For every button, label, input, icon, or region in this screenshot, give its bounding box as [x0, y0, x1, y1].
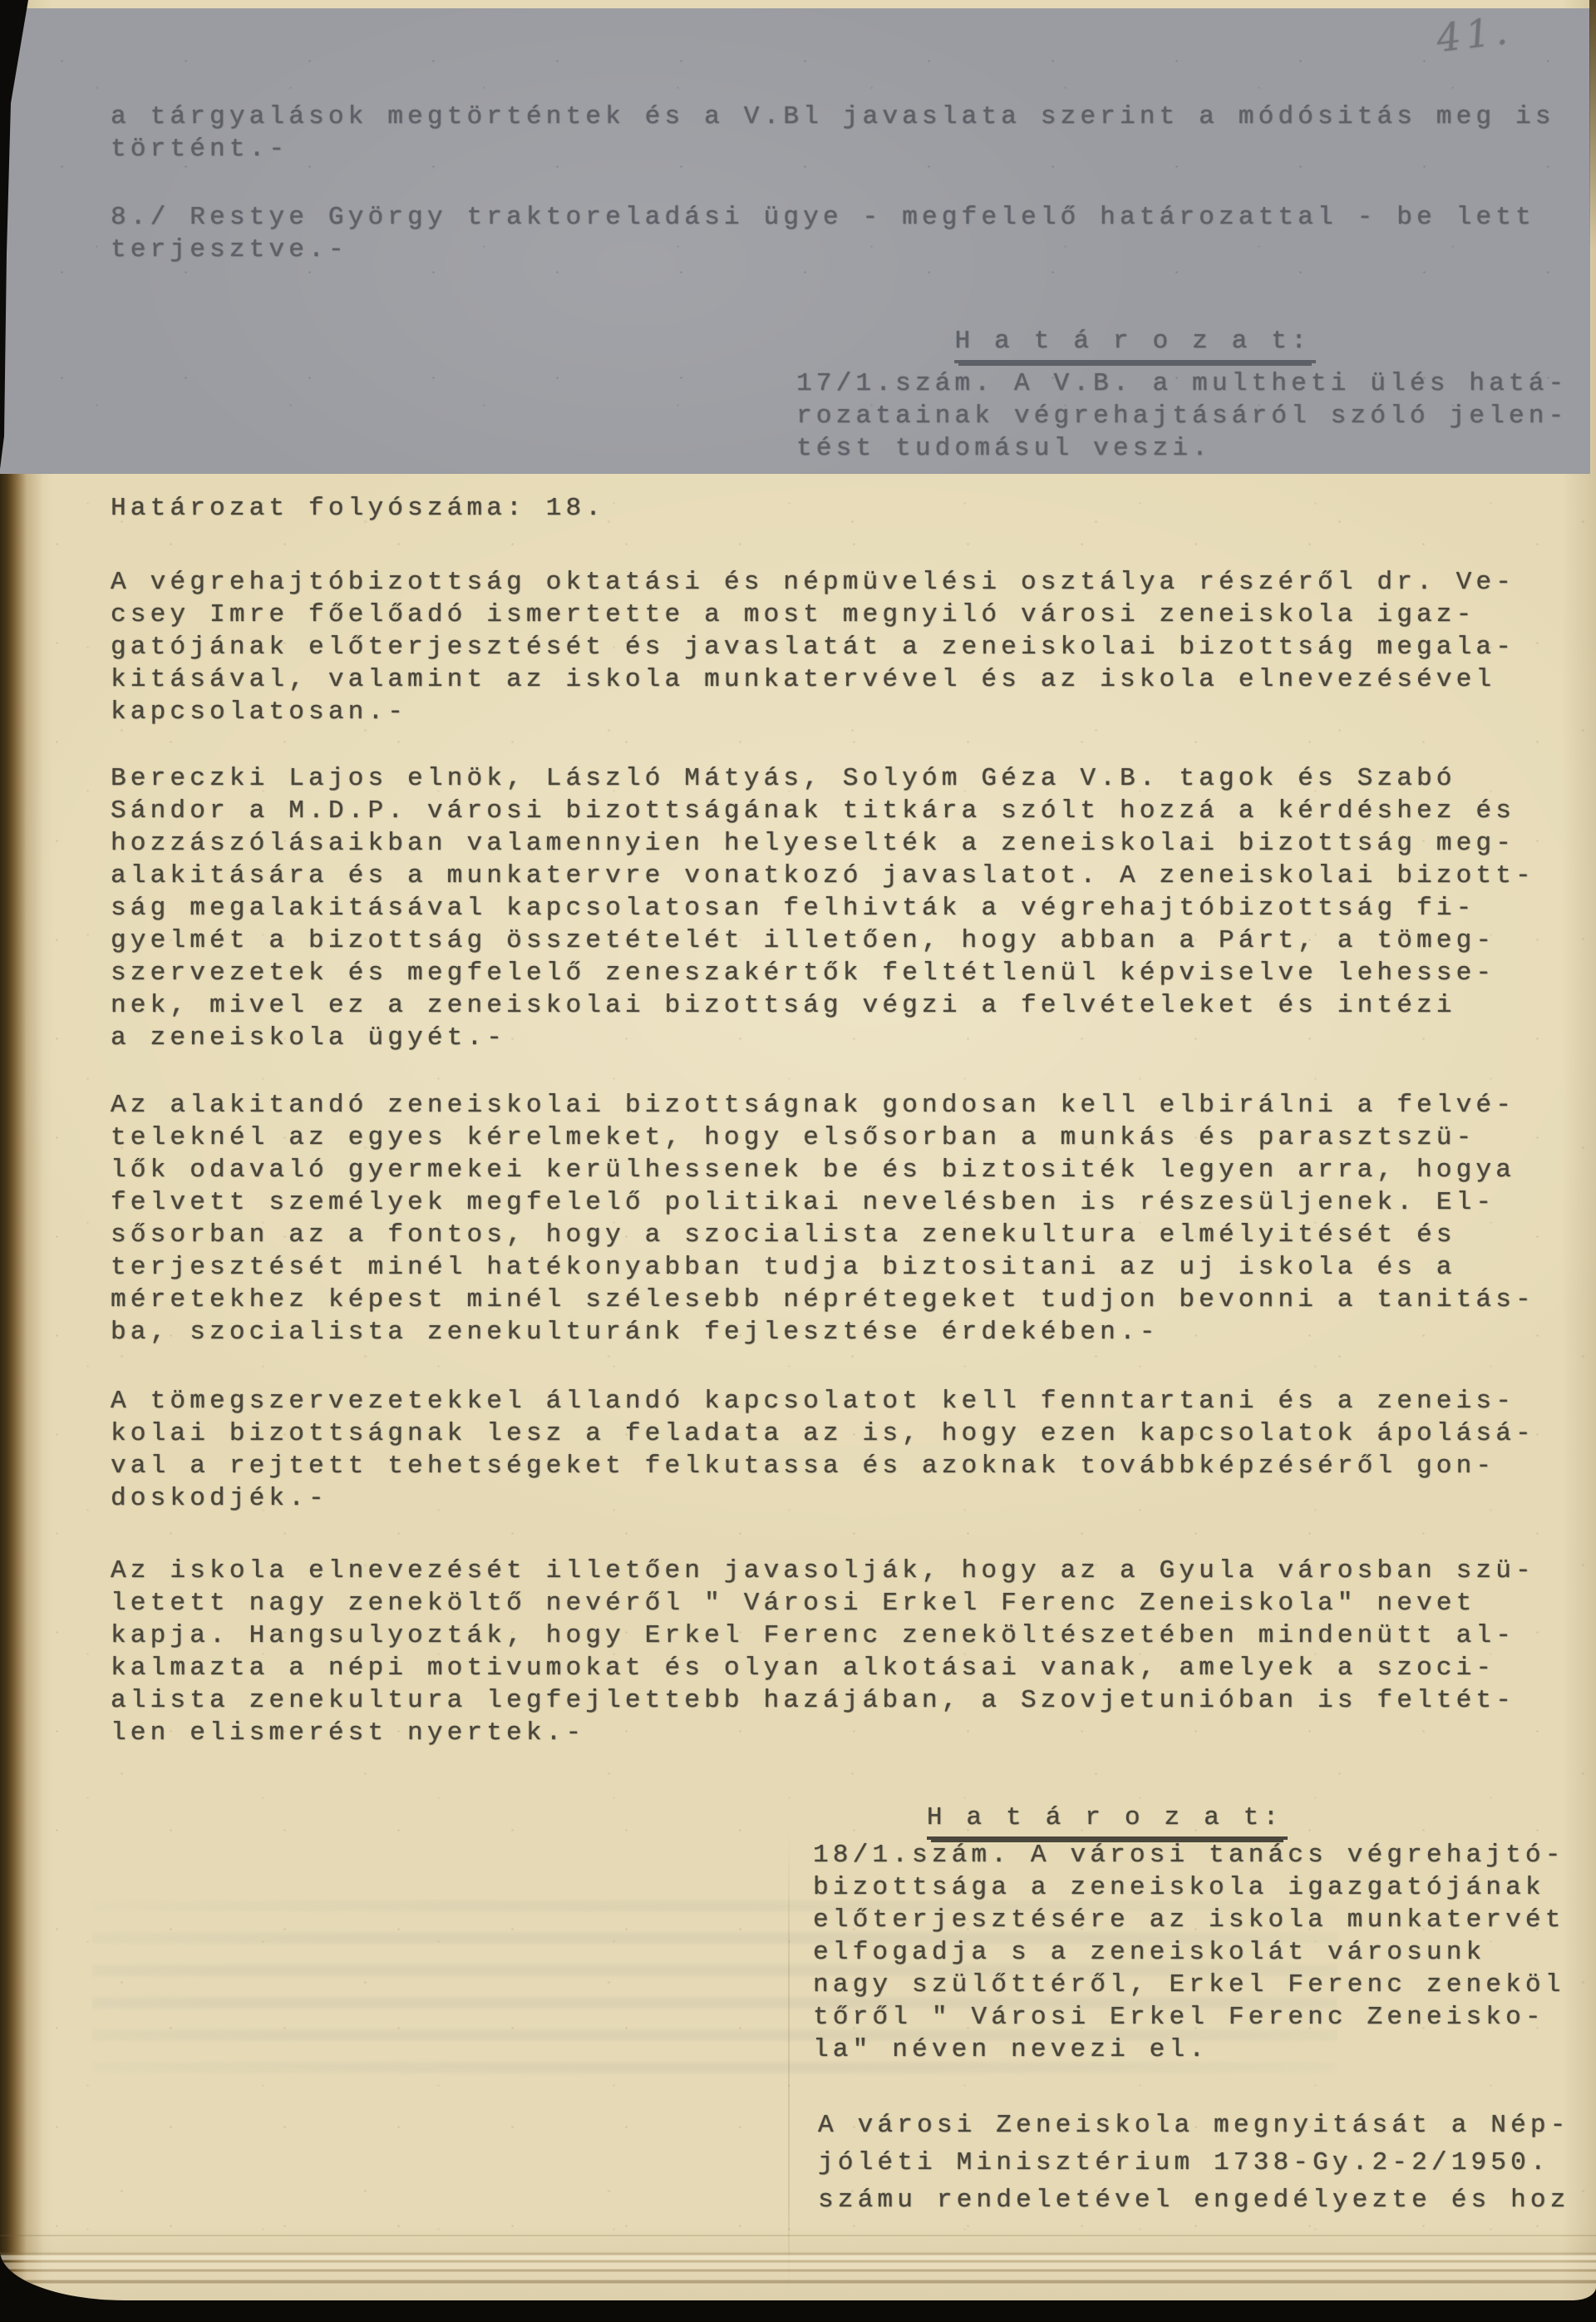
- scanned-document-photo: a tárgyalások megtörténtek és a V.Bl jav…: [0, 0, 1596, 2322]
- text-line: kalmazta a népi motivumokat és olyan alk…: [111, 1652, 1535, 1684]
- text-line: lők odavaló gyermekei kerülhessenek be é…: [111, 1154, 1535, 1186]
- overlay-intro-paragraph: a tárgyalások megtörténtek és a V.Bl jav…: [111, 101, 1555, 165]
- overlay-resolution-heading-text: H a t á r o z a t:: [954, 325, 1315, 363]
- text-line: csey Imre főelőadó ismertette a most meg…: [111, 599, 1515, 631]
- text-line: Bereczki Lajos elnök, László Mátyás, Sol…: [111, 762, 1535, 795]
- text-line: tést tudomásul veszi.: [796, 432, 1568, 465]
- text-line: kolai bizottságnak lesz a feladata az is…: [111, 1417, 1535, 1450]
- text-line: doskodjék.-: [111, 1482, 1535, 1515]
- text-line: elfogadja s a zeneiskolát városunk: [813, 1936, 1565, 1969]
- handwritten-page-number: 41.: [1434, 7, 1515, 62]
- text-line: val a rejtett tehetségeket felkutassa és…: [111, 1450, 1535, 1482]
- text-line: sősorban az a fontos, hogy a szocialista…: [111, 1219, 1535, 1251]
- text-line: szervezetek és megfelelő zeneszakértők f…: [111, 957, 1535, 989]
- text-line: Az alakitandó zeneiskolai bizottságnak g…: [111, 1089, 1535, 1122]
- text-line: letett nagy zeneköltő nevéről " Városi E…: [111, 1587, 1535, 1619]
- page-right-edge-shadow: [1589, 0, 1596, 249]
- body-paragraph-2: Bereczki Lajos elnök, László Mátyás, Sol…: [111, 762, 1535, 1054]
- text-line: kapcsolatosan.-: [111, 696, 1515, 728]
- text-line: ba, szocialista zenekulturánk fejlesztés…: [111, 1316, 1535, 1348]
- resolution-serial-line: Határozat folyószáma: 18.: [111, 492, 605, 525]
- scanner-overlay-band: a tárgyalások megtörténtek és a V.Bl jav…: [0, 8, 1590, 474]
- resolution-heading-text: H a t á r o z a t:: [927, 1802, 1288, 1840]
- body-paragraph-1: A végrehajtóbizottság oktatási és népmüv…: [111, 566, 1515, 728]
- text-line: gyelmét a bizottság összetételét illetőe…: [111, 924, 1535, 957]
- resolution-18-block: 18/1.szám. A városi tanács végrehajtó-bi…: [813, 1839, 1565, 2066]
- body-paragraph-3: Az alakitandó zeneiskolai bizottságnak g…: [111, 1089, 1535, 1348]
- overlay-item8-paragraph: 8./ Restye György traktoreladási ügye - …: [111, 201, 1535, 266]
- text-line: felvett személyek megfelelő politikai ne…: [111, 1186, 1535, 1219]
- text-line: tőről " Városi Erkel Ferenc Zeneisko-: [813, 2001, 1565, 2034]
- text-line: bizottsága a zeneiskola igazgatójának: [813, 1871, 1565, 1904]
- text-line: kapja. Hangsulyozták, hogy Erkel Ferenc …: [111, 1619, 1535, 1652]
- vertical-crease: [788, 1829, 790, 2295]
- text-line: történt.-: [111, 133, 1555, 165]
- horizontal-crease: [0, 2235, 1596, 2236]
- text-line: len elismerést nyertek.-: [111, 1717, 1535, 1749]
- text-line: A végrehajtóbizottság oktatási és népmüv…: [111, 566, 1515, 599]
- text-line: A városi Zeneiskola megnyitását a Nép-: [818, 2107, 1570, 2144]
- document-page: a tárgyalások megtörténtek és a V.Bl jav…: [0, 0, 1596, 2300]
- text-line: a zeneiskola ügyét.-: [111, 1022, 1535, 1054]
- text-line: alakitására és a munkatervre vonatkozó j…: [111, 860, 1535, 892]
- text-line: Az iskola elnevezését illetően javasoljá…: [111, 1555, 1535, 1587]
- text-line: 8./ Restye György traktoreladási ügye - …: [111, 201, 1535, 234]
- text-line: ság megalakitásával kapcsolatosan felhiv…: [111, 892, 1535, 924]
- text-line: méretekhez képest minél szélesebb néprét…: [111, 1284, 1535, 1316]
- closing-paragraph: A városi Zeneiskola megnyitását a Nép-jó…: [818, 2107, 1570, 2219]
- body-paragraph-5: Az iskola elnevezését illetően javasoljá…: [111, 1555, 1535, 1749]
- text-line: teleknél az egyes kérelmeket, hogy elsős…: [111, 1122, 1535, 1154]
- text-line: nagy szülőttéről, Erkel Ferenc zeneköl: [813, 1969, 1565, 2001]
- text-line: terjesztését minél hatékonyabban tudja b…: [111, 1251, 1535, 1284]
- body-paragraph-4: A tömegszervezetekkel állandó kapcsolato…: [111, 1385, 1535, 1515]
- text-line: gatójának előterjesztését és javaslatát …: [111, 631, 1515, 663]
- text-line: la" néven nevezi el.: [813, 2034, 1565, 2066]
- text-line: 17/1.szám. A V.B. a multheti ülés hatá-: [796, 367, 1568, 400]
- text-line: Sándor a M.D.P. városi bizottságának tit…: [111, 795, 1535, 827]
- text-line: nek, mivel ez a zeneiskolai bizottság vé…: [111, 989, 1535, 1022]
- text-line: A tömegszervezetekkel állandó kapcsolato…: [111, 1385, 1535, 1417]
- text-line: jóléti Minisztérium 1738-Gy.2-2/1950.: [818, 2144, 1570, 2181]
- text-line: alista zenekultura legfejlettebb hazájáb…: [111, 1684, 1535, 1717]
- text-line: terjesztve.-: [111, 234, 1535, 266]
- text-line: 18/1.szám. A városi tanács végrehajtó-: [813, 1839, 1565, 1871]
- text-line: hozzászólásaikban valamennyien helyeselt…: [111, 827, 1535, 860]
- text-line: rozatainak végrehajtásáról szóló jelen-: [796, 400, 1568, 432]
- text-line: kitásával, valamint az iskola munkatervé…: [111, 663, 1515, 696]
- book-spine-edge: [0, 466, 43, 2300]
- text-line: előterjesztésére az iskola munkatervét: [813, 1904, 1565, 1936]
- overlay-resolution-17-block: 17/1.szám. A V.B. a multheti ülés hatá-r…: [796, 367, 1568, 465]
- text-line: számu rendeletével engedélyezte és hoz: [818, 2181, 1570, 2219]
- page-bottom-edges: [0, 2246, 1596, 2300]
- text-line: a tárgyalások megtörténtek és a V.Bl jav…: [111, 101, 1555, 133]
